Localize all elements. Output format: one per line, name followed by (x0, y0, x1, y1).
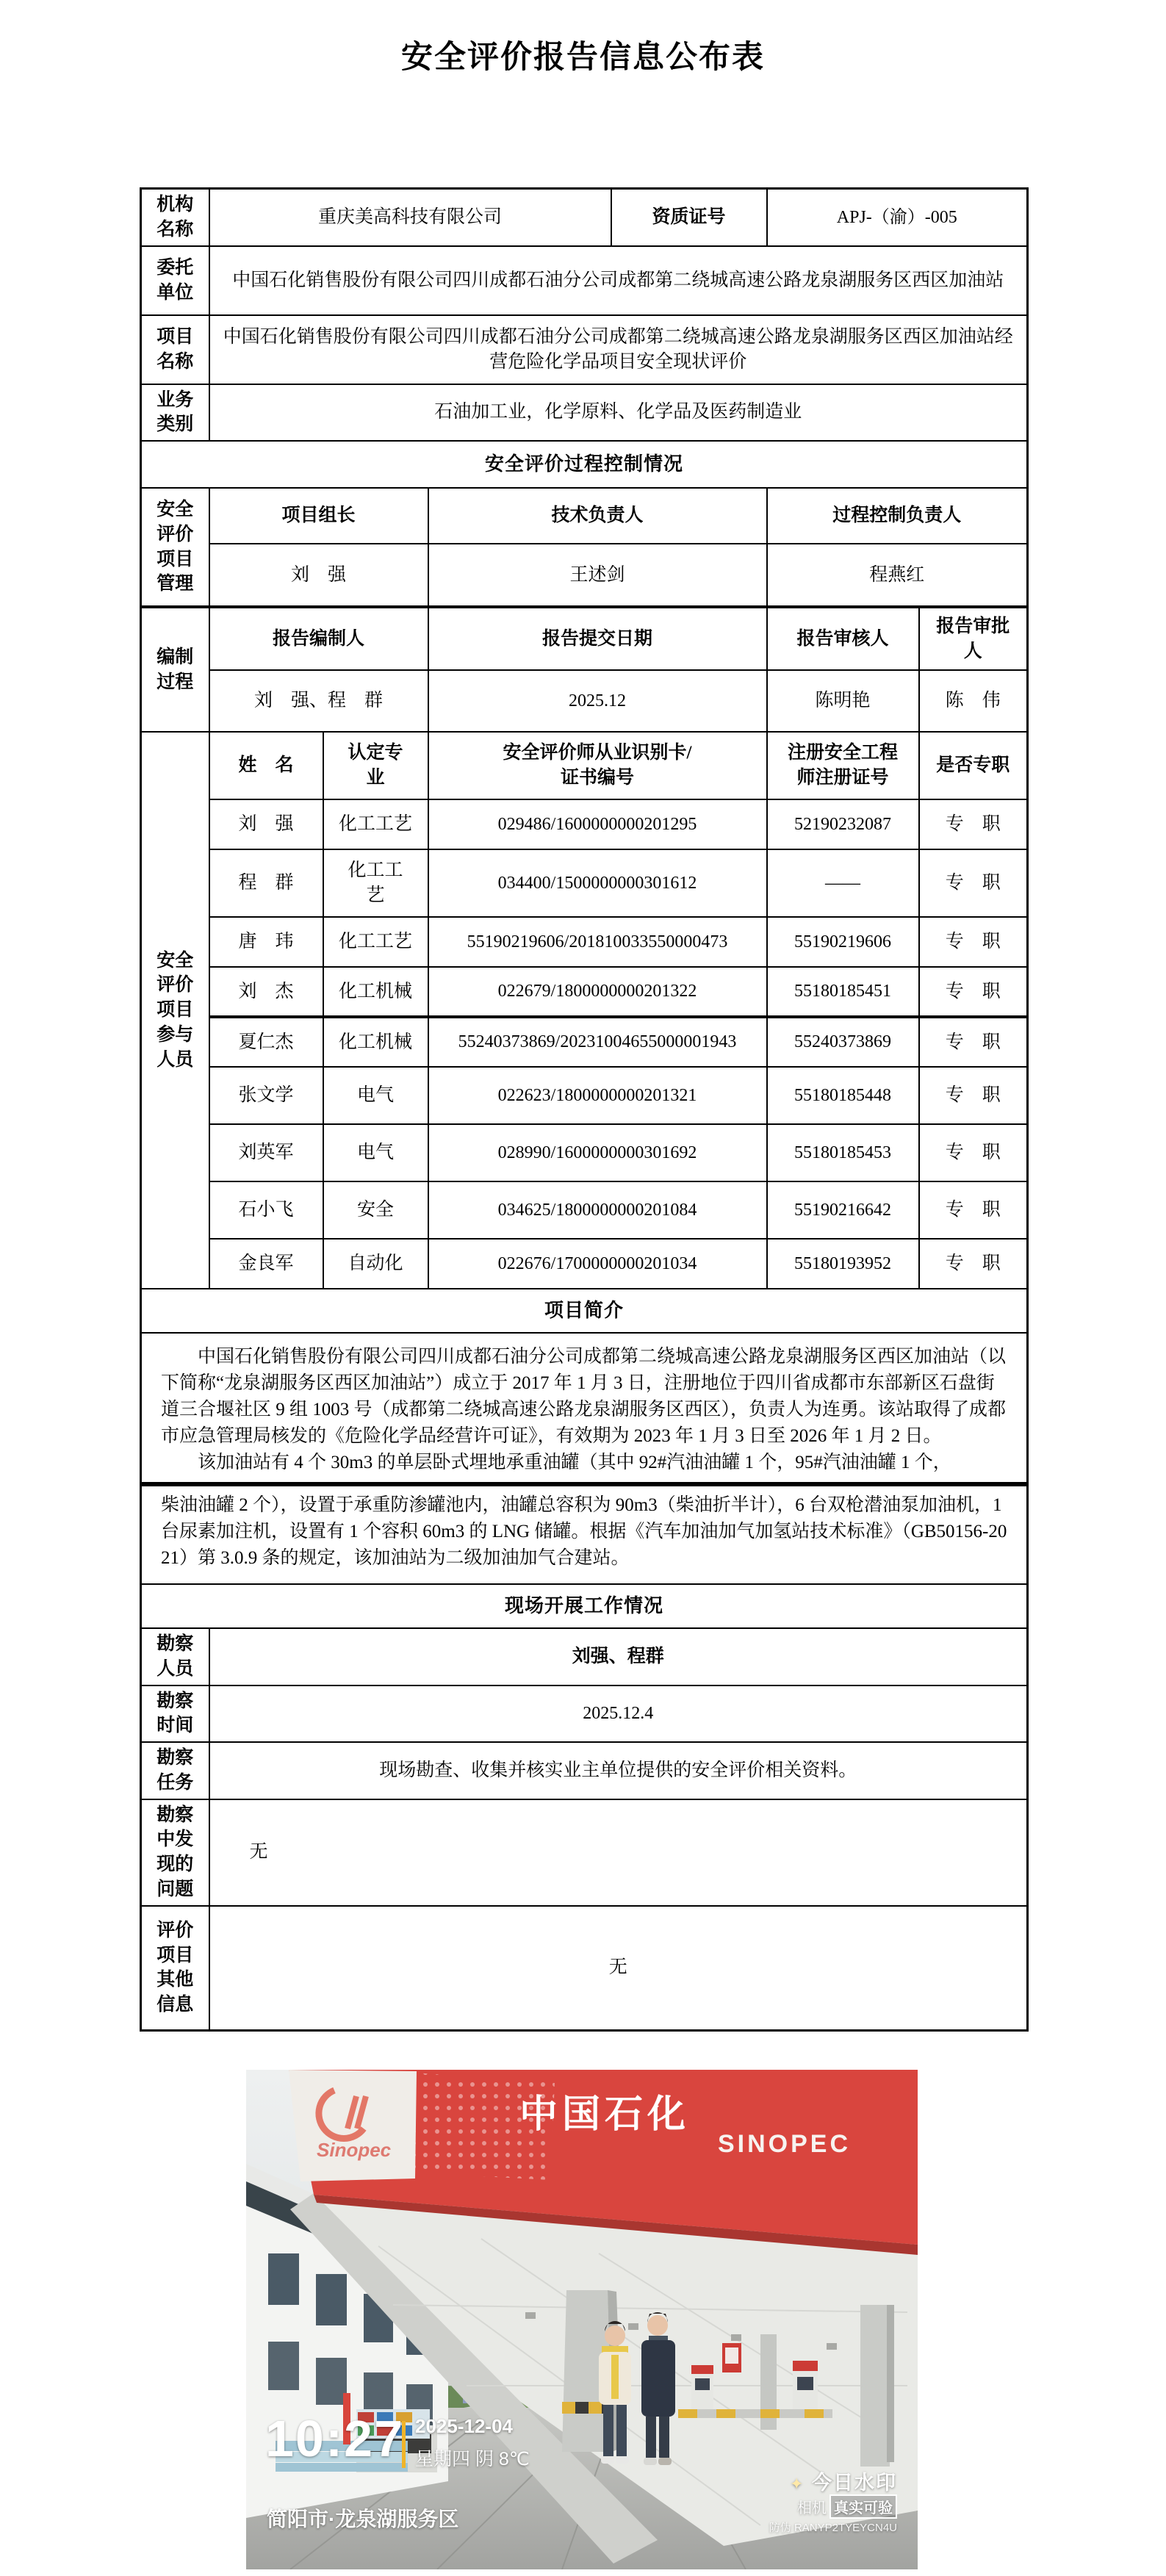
participant-major: 化工工艺 (323, 799, 428, 849)
approver-value: 陈 伟 (919, 670, 1028, 732)
table-row: 项目简介 (141, 1289, 1028, 1333)
participant-name: 程 群 (209, 849, 323, 917)
other-info-value: 无 (209, 1906, 1028, 2031)
participant-fulltime: 专 职 (919, 1067, 1028, 1124)
col-reg-no: 注册安全工程 师注册证号 (767, 732, 919, 799)
participant-reg: 55190219606 (767, 917, 919, 967)
participant-reg: 55190216642 (767, 1181, 919, 1239)
intro-paragraph-1: 中国石化销售股份有限公司四川成都石油分公司成都第二绕城高速公路龙泉湖服务区西区加… (161, 1344, 1007, 1450)
participant-reg: 55180185451 (767, 967, 919, 1017)
page-break-line (140, 1482, 1028, 1486)
participant-major: 电气 (323, 1067, 428, 1124)
participant-major: 化工工 艺 (323, 849, 428, 917)
watermark-brand-icon: ✦ (790, 2475, 805, 2493)
table-row: 安全 评价 项目 管理 项目组长 技术负责人 过程控制负责人 (141, 488, 1028, 544)
participant-reg: 52190232087 (767, 799, 919, 849)
participant-major: 电气 (323, 1124, 428, 1181)
participant-reg: 55180185448 (767, 1067, 919, 1124)
table-row: 勘察 时间 2025.12.4 (141, 1685, 1028, 1743)
watermark-time: 10:27 (265, 2409, 404, 2468)
participant-row: 金良军 自动化 022676/1700000000201034 55180193… (141, 1239, 1028, 1289)
participant-major: 化工机械 (323, 967, 428, 1017)
participant-major: 化工机械 (323, 1017, 428, 1067)
org-name-label: 机构 名称 (141, 189, 209, 246)
participant-major: 自动化 (323, 1239, 428, 1289)
process-control-section-header: 安全评价过程控制情况 (141, 441, 1028, 488)
table-row: 勘察 人员 刘强、程群 (141, 1628, 1028, 1685)
participant-fulltime: 专 职 (919, 1017, 1028, 1067)
participant-name: 金良军 (209, 1239, 323, 1289)
participant-fulltime: 专 职 (919, 849, 1028, 917)
participant-card: 028990/1600000000301692 (428, 1124, 767, 1181)
submit-date-value: 2025.12 (428, 670, 767, 732)
watermark-location: 简阳市·龙泉湖服务区 (267, 2503, 458, 2533)
col-card-no: 安全评价师从业识别卡/ 证书编号 (428, 732, 767, 799)
table-row: 业务 类别 石油加工业，化学原料、化学品及医药制造业 (141, 384, 1028, 442)
survey-problems-value: 无 (209, 1799, 1028, 1906)
participant-card: 029486/1600000000201295 (428, 799, 767, 849)
table-row: 评价 项目 其他 信息 无 (141, 1906, 1028, 2031)
col-report-approver: 报告审批 人 (919, 607, 1028, 670)
site-photo: Sinopec 中国石化 SINOPEC (246, 2070, 918, 2569)
participant-name: 张文学 (209, 1067, 323, 1124)
table-row: 安全评价过程控制情况 (141, 441, 1028, 488)
participant-card: 022679/1800000000201322 (428, 967, 767, 1017)
watermark-weekday-weather: 星期四 阴 8℃ (415, 2444, 530, 2471)
table-row: 委托 单位 中国石化销售股份有限公司四川成都石油分公司成都第二绕城高速公路龙泉湖… (141, 246, 1028, 315)
compile-process-label: 编制 过程 (141, 607, 209, 732)
participant-row: 刘英军 电气 028990/1600000000301692 551801854… (141, 1124, 1028, 1181)
business-type-label: 业务 类别 (141, 384, 209, 442)
participant-major: 安全 (323, 1181, 428, 1239)
project-leader-value: 刘 强 (209, 544, 428, 607)
participant-reg: 55180185453 (767, 1124, 919, 1181)
client-label: 委托 单位 (141, 246, 209, 315)
participant-card: 55190219606/201810033550000473 (428, 917, 767, 967)
intro-text-cell: 中国石化销售股份有限公司四川成都石油分公司成都第二绕城高速公路龙泉湖服务区西区加… (141, 1333, 1028, 1584)
participant-row: 刘 杰 化工机械 022679/1800000000201322 5518018… (141, 967, 1028, 1017)
table-row: 勘察 任务 现场勘查、收集并核实业主单位提供的安全评价相关资料。 (141, 1742, 1028, 1799)
participants-label: 安全 评价 项目 参与 人员 (141, 732, 209, 1289)
watermark-divider-bar (402, 2421, 406, 2468)
process-control-value: 程燕红 (767, 544, 1028, 607)
project-name-value: 中国石化销售股份有限公司四川成都石油分公司成都第二绕城高速公路龙泉湖服务区西区加… (209, 315, 1028, 384)
participant-card: 034625/1800000000201084 (428, 1181, 767, 1239)
business-type-value: 石油加工业，化学原料、化学品及医药制造业 (209, 384, 1028, 442)
cert-no-label: 资质证号 (611, 189, 767, 246)
participant-fulltime: 专 职 (919, 917, 1028, 967)
col-name: 姓 名 (209, 732, 323, 799)
col-project-leader: 项目组长 (209, 488, 428, 544)
table-row: 勘察 中发 现的 问题 无 (141, 1799, 1028, 1906)
table-row: 机构 名称 重庆美高科技有限公司 资质证号 APJ-（渝）-005 (141, 189, 1028, 246)
participant-row: 唐 玮 化工工艺 55190219606/201810033550000473 … (141, 917, 1028, 967)
canopy-chinese-text: 中国石化 (519, 2092, 690, 2137)
participant-major: 化工工艺 (323, 917, 428, 967)
project-management-label: 安全 评价 项目 管理 (141, 488, 209, 607)
reviewer-value: 陈明艳 (767, 670, 919, 732)
participant-name: 唐 玮 (209, 917, 323, 967)
table-row: 项目 名称 中国石化销售股份有限公司四川成都石油分公司成都第二绕城高速公路龙泉湖… (141, 315, 1028, 384)
col-major: 认定专 业 (323, 732, 428, 799)
survey-time-label: 勘察 时间 (141, 1685, 209, 1743)
watermark-antifake-code: 防伪 RANYP2TYEYCN4U (769, 2519, 897, 2535)
participant-name: 刘 杰 (209, 967, 323, 1017)
other-info-label: 评价 项目 其他 信息 (141, 1906, 209, 2031)
participant-fulltime: 专 职 (919, 799, 1028, 849)
table-row: 刘 强 王述剑 程燕红 (141, 544, 1028, 607)
project-name-label: 项目 名称 (141, 315, 209, 384)
participant-card: 55240373869/20231004655000001943 (428, 1017, 767, 1067)
surveyors-value: 刘强、程群 (209, 1628, 1028, 1685)
watermark-camera-line: 相机真实可验 (797, 2494, 897, 2519)
survey-problems-label: 勘察 中发 现的 问题 (141, 1799, 209, 1906)
participant-row: 夏仁杰 化工机械 55240373869/2023100465500000194… (141, 1017, 1028, 1067)
table-row: 刘 强、程 群 2025.12 陈明艳 陈 伟 (141, 670, 1028, 732)
site-work-section-header: 现场开展工作情况 (141, 1584, 1028, 1628)
watermark-date: 2025-12-04 (415, 2415, 513, 2438)
table-row: 安全 评价 项目 参与 人员 姓 名 认定专 业 安全评价师从业识别卡/ 证书编… (141, 732, 1028, 799)
participant-fulltime: 专 职 (919, 1181, 1028, 1239)
participant-row: 石小飞 安全 034625/1800000000201084 551902166… (141, 1181, 1028, 1239)
participant-name: 夏仁杰 (209, 1017, 323, 1067)
col-fulltime: 是否专职 (919, 732, 1028, 799)
client-value: 中国石化销售股份有限公司四川成都石油分公司成都第二绕城高速公路龙泉湖服务区西区加… (209, 246, 1028, 315)
report-info-table: 机构 名称 重庆美高科技有限公司 资质证号 APJ-（渝）-005 委托 单位 … (140, 187, 1029, 2032)
page-title: 安全评价报告信息公布表 (0, 32, 1166, 77)
col-report-reviewer: 报告审核人 (767, 607, 919, 670)
participant-card: 022623/1800000000201321 (428, 1067, 767, 1124)
participant-card: 034400/1500000000301612 (428, 849, 767, 917)
participant-name: 石小飞 (209, 1181, 323, 1239)
col-process-control: 过程控制负责人 (767, 488, 1028, 544)
participant-name: 刘 强 (209, 799, 323, 849)
intro-paragraph-2a: 该加油站有 4 个 30m3 的单层卧式埋地承重油罐（其中 92#汽油油罐 1 … (161, 1450, 1007, 1476)
page: { "page": { "title": "安全评价报告信息公布表" }, "i… (0, 32, 1166, 2576)
verified-badge: 真实可验 (829, 2494, 897, 2519)
survey-task-value: 现场勘查、收集并核实业主单位提供的安全评价相关资料。 (209, 1742, 1028, 1799)
org-name-value: 重庆美高科技有限公司 (209, 189, 611, 246)
participant-row: 程 群 化工工 艺 034400/1500000000301612 —— 专 职 (141, 849, 1028, 917)
survey-time-value: 2025.12.4 (209, 1685, 1028, 1743)
report-authors-value: 刘 强、程 群 (209, 670, 428, 732)
survey-task-label: 勘察 任务 (141, 1742, 209, 1799)
surveyors-label: 勘察 人员 (141, 1628, 209, 1685)
intro-paragraph-2b: 柴油油罐 2 个），设置于承重防渗罐池内，油罐总容积为 90m3（柴油折半计），… (161, 1492, 1007, 1572)
participant-reg: 55180193952 (767, 1239, 919, 1289)
tech-director-value: 王述剑 (428, 544, 767, 607)
participant-reg: —— (767, 849, 919, 917)
col-tech-director: 技术负责人 (428, 488, 767, 544)
col-report-author: 报告编制人 (209, 607, 428, 670)
participant-fulltime: 专 职 (919, 967, 1028, 1017)
participant-fulltime: 专 职 (919, 1124, 1028, 1181)
table-row: 编制 过程 报告编制人 报告提交日期 报告审核人 报告审批 人 (141, 607, 1028, 670)
participant-row: 张文学 电气 022623/1800000000201321 551801854… (141, 1067, 1028, 1124)
participant-name: 刘英军 (209, 1124, 323, 1181)
canopy-english-text: SINOPEC (718, 2130, 851, 2158)
participant-fulltime: 专 职 (919, 1239, 1028, 1289)
cert-no-value: APJ-（渝）-005 (767, 189, 1028, 246)
participant-reg: 55240373869 (767, 1017, 919, 1067)
table-row: 中国石化销售股份有限公司四川成都石油分公司成都第二绕城高速公路龙泉湖服务区西区加… (141, 1333, 1028, 1584)
intro-section-header: 项目简介 (141, 1289, 1028, 1333)
col-submit-date: 报告提交日期 (428, 607, 767, 670)
table-row: 现场开展工作情况 (141, 1584, 1028, 1628)
watermark-brand: ✦ 今日水印 (790, 2467, 897, 2495)
participant-card: 022676/1700000000201034 (428, 1239, 767, 1289)
sign-logo-text: Sinopec (317, 2139, 392, 2161)
participant-row: 刘 强 化工工艺 029486/1600000000201295 5219023… (141, 799, 1028, 849)
